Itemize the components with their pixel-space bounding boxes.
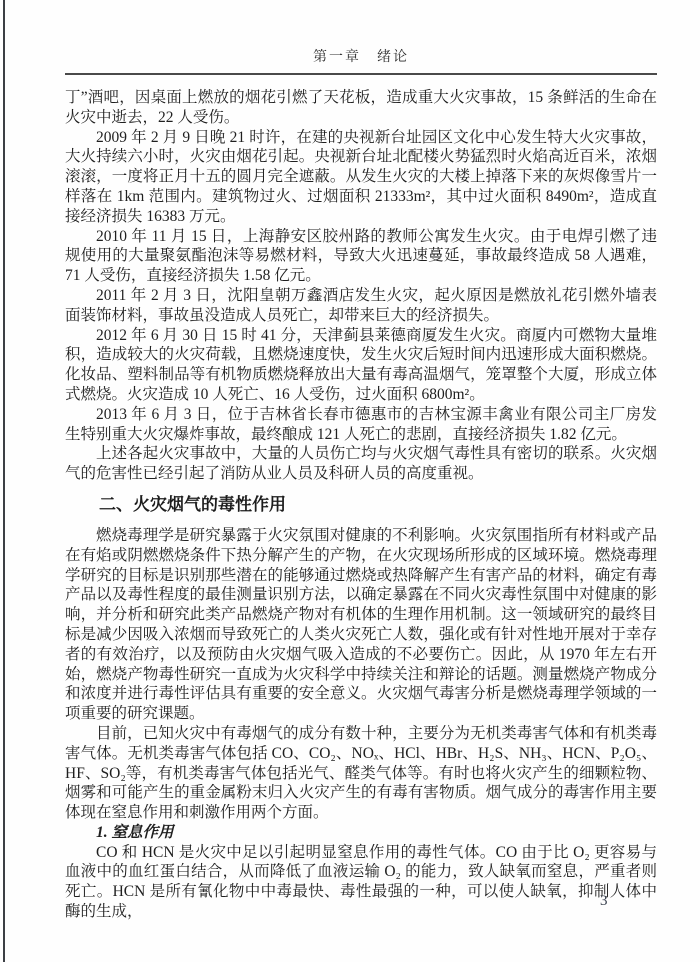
paragraph: 2009 年 2 月 9 日晚 21 时许，在建的央视新台址园区文化中心发生特大… xyxy=(65,128,657,227)
book-page: 第一章 绪论 丁”酒吧，因桌面上燃放的烟花引燃了天花板，造成重大火灾事故，15 … xyxy=(0,0,700,962)
header-rule xyxy=(65,73,657,75)
paragraph: 上述各起火灾事故中，大量的人员伤亡均与火灾烟气毒性具有密切的联系。火灾烟气的危害… xyxy=(65,444,657,484)
subsection-heading: 1. 窒息作用 xyxy=(65,823,657,843)
paragraph: 2011 年 2 月 3 日，沈阳皇朝万鑫酒店发生火灾，起火原因是燃放礼花引燃外… xyxy=(65,286,657,326)
page-body: 丁”酒吧，因桌面上燃放的烟花引燃了天花板，造成重大火灾事故，15 条鲜活的生命在… xyxy=(65,88,657,922)
paragraph: 燃烧毒理学是研究暴露于火灾氛围对健康的不利影响。火灾氛围指所有材料或产品在有焰或… xyxy=(65,526,657,724)
page-number: 3 xyxy=(600,893,608,910)
paragraph: 2012 年 6 月 30 日 15 时 41 分，天津蓟县莱德商厦发生火灾。商… xyxy=(65,326,657,405)
paragraph: 目前，已知火灾中有毒烟气的成分有数十种，主要分为无机类毒害气体和有机类毒害气体。… xyxy=(65,724,657,823)
paragraph: CO 和 HCN 是火灾中足以引起明显窒息作用的毒性气体。CO 由于比 O₂ 更… xyxy=(65,843,657,922)
paragraph: 丁”酒吧，因桌面上燃放的烟花引燃了天花板，造成重大火灾事故，15 条鲜活的生命在… xyxy=(65,88,657,128)
section-heading: 二、火灾烟气的毒性作用 xyxy=(65,493,657,517)
page-header: 第一章 绪论 xyxy=(65,46,657,75)
paragraph: 2013 年 6 月 3 日，位于吉林省长春市德惠市的吉林宝源丰禽业有限公司主厂… xyxy=(65,405,657,445)
page-content: 第一章 绪论 丁”酒吧，因桌面上燃放的烟花引燃了天花板，造成重大火灾事故，15 … xyxy=(65,0,657,922)
paragraph: 2010 年 11 月 15 日，上海静安区胶州路的教师公寓发生火灾。由于电焊引… xyxy=(65,227,657,286)
page-edge-line xyxy=(3,0,5,962)
running-header: 第一章 绪论 xyxy=(65,46,657,66)
